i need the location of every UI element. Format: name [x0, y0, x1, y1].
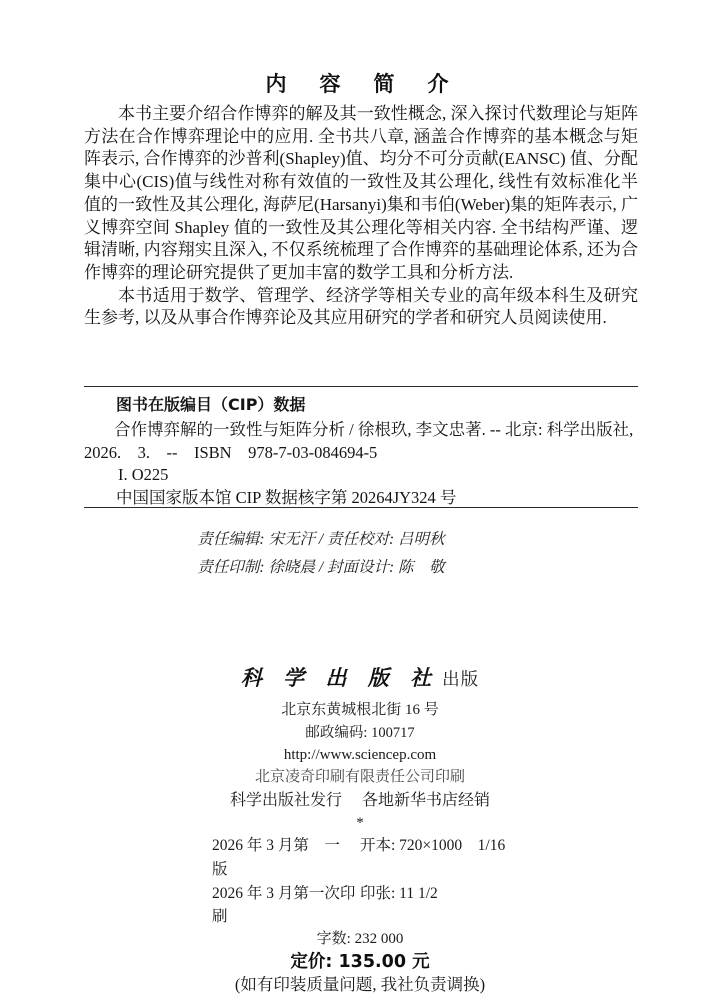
format-spec: 开本: 720×1000 1/16: [360, 834, 542, 882]
cip-classification: I. O225: [84, 464, 638, 486]
cip-divider-bottom: [84, 507, 638, 508]
publisher-logo: 科 学 出 版 社: [241, 665, 438, 690]
content-summary: 本书主要介绍合作博弈的解及其一致性概念, 深入探讨代数理论与矩阵方法在合作博弈理…: [84, 103, 638, 330]
cip-registry-number: 中国国家版本馆 CIP 数据核字第 20264JY324 号: [84, 487, 638, 509]
printing-line: 2026 年 3 月第一次印刷: [212, 882, 360, 928]
printing-row: 2026 年 3 月第一次印刷 印张: 11 1/2: [212, 882, 542, 928]
book-copyright-page: 内 容 简 介 本书主要介绍合作博弈的解及其一致性概念, 深入探讨代数理论与矩阵…: [0, 0, 720, 1000]
publisher-address: 北京东黄城根北街 16 号: [0, 699, 720, 722]
word-count: 字数: 232 000: [0, 928, 720, 950]
edition-line: 2026 年 3 月第 一 版: [212, 834, 360, 882]
staff-credits: 责任编辑: 宋无汗 / 责任校对: 吕明秋 责任印制: 徐晓晨 / 封面设计: …: [44, 526, 598, 582]
edition-info: 2026 年 3 月第 一 版 开本: 720×1000 1/16 2026 年…: [212, 834, 542, 928]
cip-data-block: 图书在版编目（CIP）数据 合作博弈解的一致性与矩阵分析 / 徐根玖, 李文忠著…: [84, 394, 638, 509]
summary-paragraph-2: 本书适用于数学、管理学、经济学等相关专业的高年级本科生及研究生参考, 以及从事合…: [84, 285, 638, 330]
cip-record: 合作博弈解的一致性与矩阵分析 / 徐根玖, 李文忠著. -- 北京: 科学出版社…: [84, 419, 638, 464]
staff-line-design: 责任印制: 徐晓晨 / 封面设计: 陈 敬: [44, 554, 598, 582]
cip-divider-top: [84, 386, 638, 387]
edition-row: 2026 年 3 月第 一 版 开本: 720×1000 1/16: [212, 834, 542, 882]
separator-star: *: [0, 813, 720, 834]
sheets-spec: 印张: 11 1/2: [360, 882, 542, 928]
postal-code: 邮政编码: 100717: [0, 722, 720, 745]
cip-heading: 图书在版编目（CIP）数据: [84, 394, 638, 416]
colophon: 科 学 出 版 社 出版 北京东黄城根北街 16 号 邮政编码: 100717 …: [0, 660, 720, 996]
printer-line: 北京凌奇印刷有限责任公司印刷: [0, 765, 720, 789]
publisher-website: http://www.sciencep.com: [0, 745, 720, 765]
publisher-logo-suffix: 出版: [442, 669, 479, 689]
distribution-line: 科学出版社发行 各地新华书店经销: [0, 789, 720, 813]
quality-notice: (如有印装质量问题, 我社负责调换): [0, 974, 720, 996]
staff-line-editors: 责任编辑: 宋无汗 / 责任校对: 吕明秋: [44, 526, 598, 554]
price-line: 定价: 135.00 元: [0, 950, 720, 974]
page-title: 内 容 简 介: [0, 68, 720, 98]
publisher-line: 科 学 出 版 社 出版: [0, 660, 720, 699]
summary-paragraph-1: 本书主要介绍合作博弈的解及其一致性概念, 深入探讨代数理论与矩阵方法在合作博弈理…: [84, 103, 638, 285]
